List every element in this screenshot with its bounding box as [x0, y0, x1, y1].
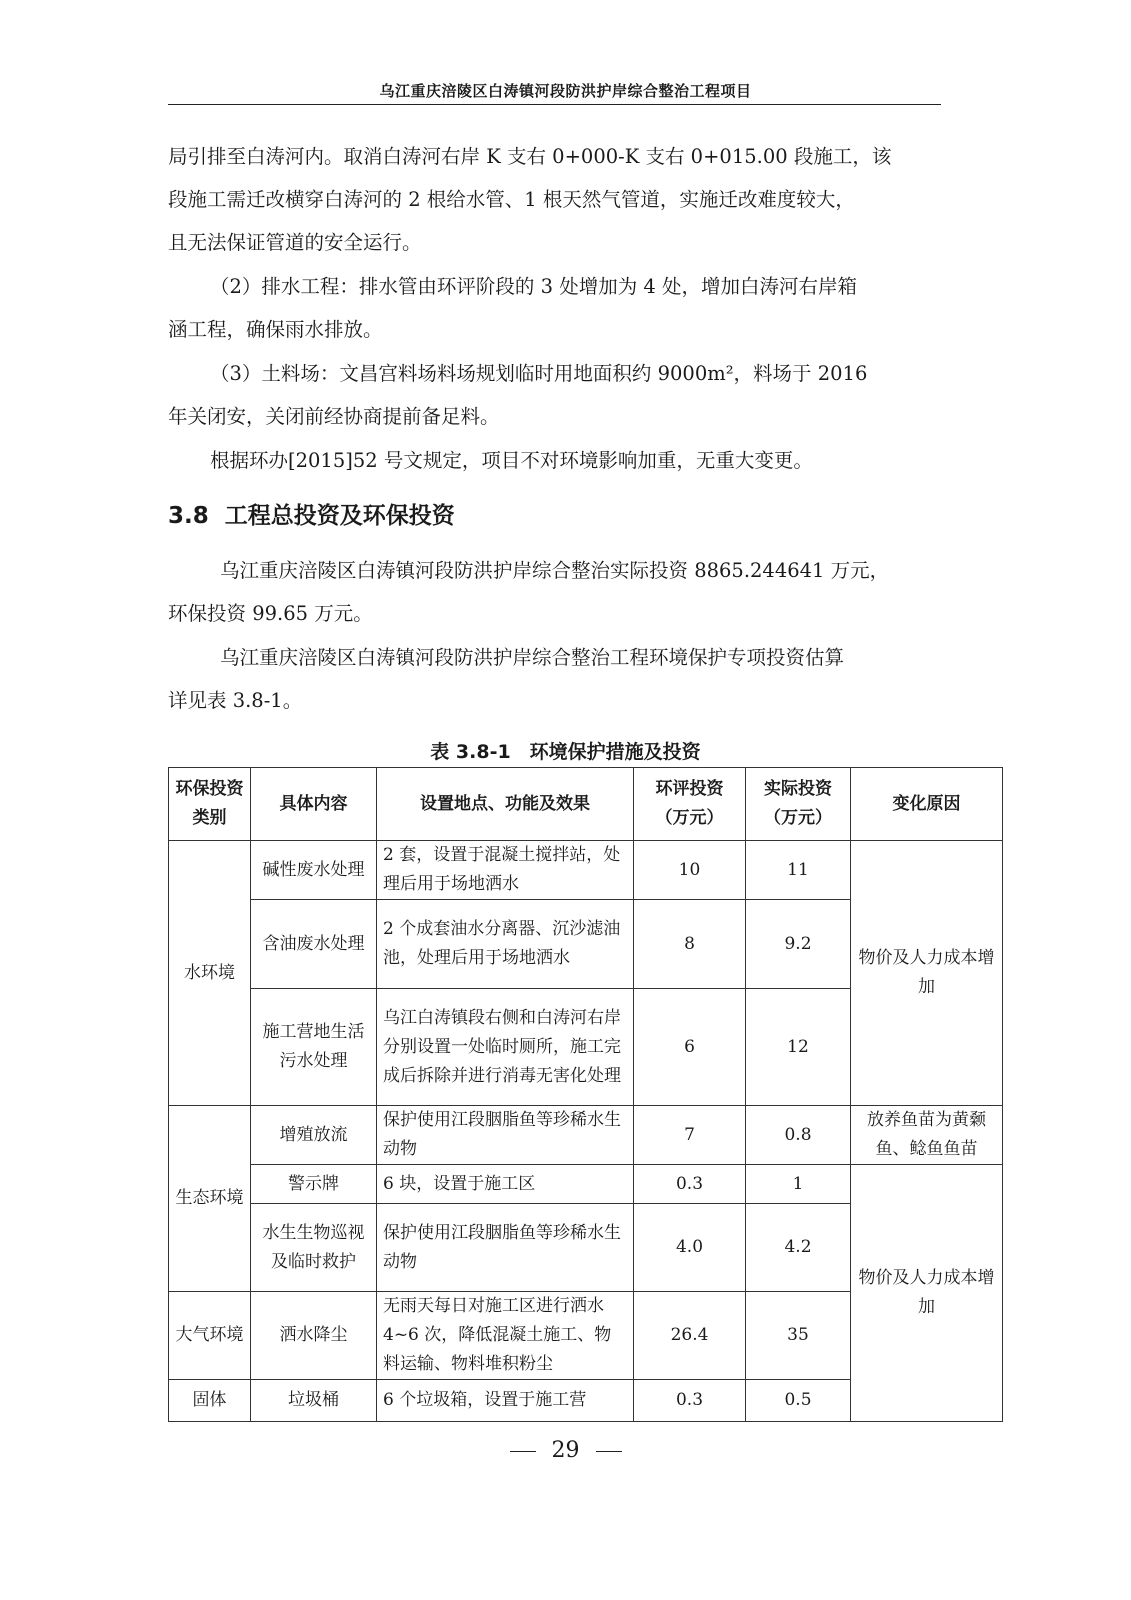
header-reason: 变化原因 [851, 768, 1003, 841]
content-cell: 垃圾桶 [251, 1380, 377, 1422]
header-category: 环保投资类别 [169, 768, 251, 841]
content-cell: 含油废水处理 [251, 900, 377, 989]
reason-cell: 物价及人力成本增加 [851, 841, 1003, 1106]
table-caption: 表 3.8-1 环境保护措施及投资 [0, 737, 1131, 764]
paragraph-line: 且无法保证管道的安全运行。 [168, 229, 941, 257]
section-number: 3.8 [168, 503, 209, 529]
actual-cell: 4.2 [746, 1204, 851, 1292]
table-row: 水环境 碱性废水处理 2 套，设置于混凝土搅拌站，处理后用于场地洒水 10 11… [169, 841, 1003, 900]
content-cell: 洒水降尘 [251, 1292, 377, 1380]
actual-cell: 0.8 [746, 1106, 851, 1165]
header-eia-investment: 环评投资（万元） [634, 768, 746, 841]
actual-cell: 9.2 [746, 900, 851, 989]
actual-cell: 11 [746, 841, 851, 900]
paragraph-line: 段施工需迁改横穿白涛河的 2 根给水管、1 根天然气管道，实施迁改难度较大， [168, 186, 941, 214]
reason-cell: 放养鱼苗为黄颡鱼、鲶鱼鱼苗 [851, 1106, 1003, 1165]
dash-left [510, 1451, 536, 1452]
investment-table: 环保投资类别 具体内容 设置地点、功能及效果 环评投资（万元） 实际投资（万元）… [168, 767, 1003, 1422]
location-cell: 保护使用江段胭脂鱼等珍稀水生动物 [377, 1204, 634, 1292]
table-row: 生态环境 增殖放流 保护使用江段胭脂鱼等珍稀水生动物 7 0.8 放养鱼苗为黄颡… [169, 1106, 1003, 1165]
eia-cell: 0.3 [634, 1380, 746, 1422]
section-title: 工程总投资及环保投资 [225, 503, 455, 529]
category-cell: 水环境 [169, 841, 251, 1106]
paragraph-line: 年关闭安，关闭前经协商提前备足料。 [168, 403, 941, 431]
eia-cell: 4.0 [634, 1204, 746, 1292]
eia-cell: 10 [634, 841, 746, 900]
actual-cell: 0.5 [746, 1380, 851, 1422]
page-number: 29 [552, 1438, 580, 1463]
table-header-row: 环保投资类别 具体内容 设置地点、功能及效果 环评投资（万元） 实际投资（万元）… [169, 768, 1003, 841]
paragraph-line: （2）排水工程：排水管由环评阶段的 3 处增加为 4 处，增加白涛河右岸箱 [210, 273, 983, 301]
header-rule [168, 104, 941, 105]
paragraph-line: 乌江重庆涪陵区白涛镇河段防洪护岸综合整治实际投资 8865.244641 万元， [220, 557, 993, 585]
header-content: 具体内容 [251, 768, 377, 841]
category-cell: 大气环境 [169, 1292, 251, 1380]
content-cell: 施工营地生活污水处理 [251, 989, 377, 1106]
category-cell: 生态环境 [169, 1106, 251, 1292]
paragraph-line: 根据环办[2015]52 号文规定，项目不对环境影响加重，无重大变更。 [210, 447, 983, 475]
running-header-title: 乌江重庆涪陵区白涛镇河段防洪护岸综合整治工程项目 [0, 80, 1131, 101]
paragraph-line: 乌江重庆涪陵区白涛镇河段防洪护岸综合整治工程环境保护专项投资估算 [220, 644, 993, 672]
paragraph-line: 环保投资 99.65 万元。 [168, 600, 941, 628]
location-cell: 乌江白涛镇段右侧和白涛河右岸分别设置一处临时厕所，施工完成后拆除并进行消毒无害化… [377, 989, 634, 1106]
content-cell: 水生生物巡视及临时救护 [251, 1204, 377, 1292]
table-row: 警示牌 6 块，设置于施工区 0.3 1 物价及人力成本增加 [169, 1165, 1003, 1204]
eia-cell: 0.3 [634, 1165, 746, 1204]
page-footer: 29 [0, 1438, 1131, 1463]
reason-cell: 物价及人力成本增加 [851, 1165, 1003, 1422]
dash-right [596, 1451, 622, 1452]
location-cell: 2 套，设置于混凝土搅拌站，处理后用于场地洒水 [377, 841, 634, 900]
actual-cell: 35 [746, 1292, 851, 1380]
actual-cell: 12 [746, 989, 851, 1106]
location-cell: 保护使用江段胭脂鱼等珍稀水生动物 [377, 1106, 634, 1165]
eia-cell: 7 [634, 1106, 746, 1165]
actual-cell: 1 [746, 1165, 851, 1204]
header-location: 设置地点、功能及效果 [377, 768, 634, 841]
location-cell: 6 块，设置于施工区 [377, 1165, 634, 1204]
category-cell: 固体 [169, 1380, 251, 1422]
content-cell: 增殖放流 [251, 1106, 377, 1165]
location-cell: 2 个成套油水分离器、沉沙滤油池，处理后用于场地洒水 [377, 900, 634, 989]
content-cell: 碱性废水处理 [251, 841, 377, 900]
eia-cell: 26.4 [634, 1292, 746, 1380]
location-cell: 6 个垃圾箱，设置于施工营 [377, 1380, 634, 1422]
paragraph-line: 局引排至白涛河内。取消白涛河右岸 K 支右 0+000-K 支右 0+015.0… [168, 143, 941, 171]
location-cell: 无雨天每日对施工区进行洒水 4~6 次，降低混凝土施工、物料运输、物料堆积粉尘 [377, 1292, 634, 1380]
eia-cell: 6 [634, 989, 746, 1106]
header-actual-investment: 实际投资（万元） [746, 768, 851, 841]
eia-cell: 8 [634, 900, 746, 989]
paragraph-line: 涵工程，确保雨水排放。 [168, 316, 941, 344]
section-heading: 3.8 工程总投资及环保投资 [168, 497, 455, 530]
paragraph-line: （3）土料场：文昌宫料场料场规划临时用地面积约 9000m²，料场于 2016 [210, 360, 983, 388]
paragraph-line: 详见表 3.8-1。 [168, 687, 941, 715]
content-cell: 警示牌 [251, 1165, 377, 1204]
